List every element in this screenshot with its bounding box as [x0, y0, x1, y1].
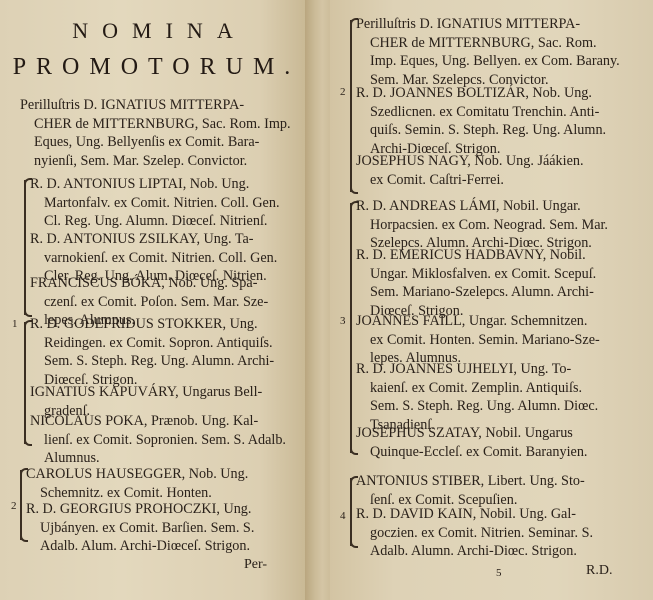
list-item: CAROLUS HAUSEGGER, Nob. Ung. Schemnitz. … [26, 465, 248, 502]
intro-entry: Perilluſtris D. IGNATIUS MITTERPA- CHER … [20, 96, 305, 170]
signature-mark: 5 [496, 567, 502, 579]
list-item: JOSEPHUS NAGY, Nob. Ung. Jáákien. ex Com… [356, 152, 584, 189]
group-number: 2 [11, 500, 17, 512]
list-item: R. D. ANTONIUS LIPTAI, Nob. Ung. Martonf… [30, 175, 280, 231]
title-promotorum: PROMOTORUM. [0, 54, 305, 81]
list-item: R. D. GODEFRIDUS STOKKER, Ung. Reidingen… [30, 315, 274, 389]
list-item: R. D. JOANNES BOLTIZÁR, Nob. Ung. Szedli… [356, 84, 606, 158]
list-item: R. D. DAVID KAIN, Nobil. Ung. Gal- goczi… [356, 505, 593, 561]
list-item: JOSEPHUS SZATAY, Nobil. Ungarus Quinque-… [356, 424, 587, 461]
list-item: NICOLAUS POKA, Prænob. Ung. Kal- lienſ. … [30, 412, 286, 468]
catchword: Per- [244, 557, 267, 573]
left-page: NOMINA PROMOTORUM. Perilluſtris D. IGNAT… [0, 0, 305, 600]
group-number: 4 [340, 510, 346, 522]
list-item: R. D. GEORGIUS PROHOCZKI, Ung. Ujbányen.… [26, 500, 254, 556]
list-item: R. D. EMERICUS HADBAVNY, Nobil. Ungar. M… [356, 246, 596, 320]
list-item: ANTONIUS STIBER, Libert. Ung. Sto- ſenſ.… [356, 472, 585, 509]
group-number: 2 [340, 86, 346, 98]
book-spread: NOMINA PROMOTORUM. Perilluſtris D. IGNAT… [0, 0, 653, 600]
catchword: R.D. [586, 563, 612, 579]
group-number: 1 [12, 318, 18, 330]
right-page: 2 Perilluſtris D. IGNATIUS MITTERPA- CHE… [330, 0, 653, 600]
group-number: 3 [340, 315, 346, 327]
list-item: R. D. ANDREAS LÁMI, Nobil. Ungar. Horpac… [356, 197, 608, 253]
title-nomina: NOMINA [0, 18, 305, 44]
list-item: Perilluſtris D. IGNATIUS MITTERPA- CHER … [356, 15, 620, 89]
book-gutter [305, 0, 330, 600]
